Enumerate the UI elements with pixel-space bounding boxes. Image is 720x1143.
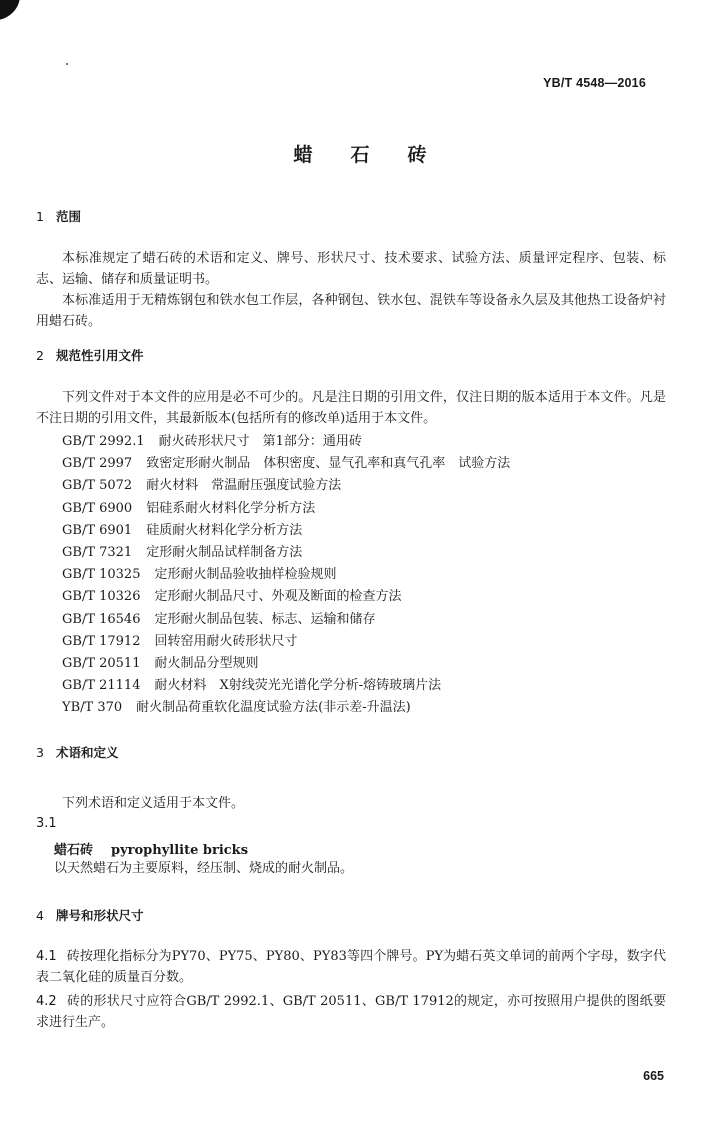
term-zh: 蜡石砖 [54, 843, 93, 858]
reference-title: 致密定形耐火制品 体积密度、显气孔率和真气孔率 试验方法 [146, 456, 510, 471]
clause-text: 砖按理化指标分为PY70、PY75、PY80、PY83等四个牌号。PY为蜡石英文… [36, 949, 666, 985]
reference-title: 耐火材料 常温耐压强度试验方法 [146, 478, 341, 493]
reference-code: GB/T 21114 [62, 675, 140, 697]
term-number: 3.1 [36, 816, 57, 831]
section-3-intro: 下列术语和定义适用于本文件。 [36, 793, 666, 814]
reference-title: 耐火砖形状尺寸 第1部分：通用砖 [159, 434, 362, 449]
clause-4-1: 4.1砖按理化指标分为PY70、PY75、PY80、PY83等四个牌号。PY为蜡… [36, 946, 666, 988]
reference-code: GB/T 6900 [62, 498, 132, 520]
scan-speck [66, 63, 68, 65]
document-title: 蜡石砖 [0, 140, 720, 167]
section-title: 术语和定义 [56, 745, 119, 760]
reference-title: 定形耐火制品包装、标志、运输和储存 [154, 612, 375, 627]
reference-item: GB/T 7321定形耐火制品试样制备方法 [62, 542, 510, 564]
reference-code: YB/T 370 [62, 697, 122, 719]
reference-item: GB/T 6900铝硅系耐火材料化学分析方法 [62, 498, 510, 520]
section-1-paragraph-2: 本标准适用于无精炼钢包和铁水包工作层，各种钢包、铁水包、混铁车等设备永久层及其他… [36, 290, 666, 332]
reference-code: GB/T 16546 [62, 609, 140, 631]
reference-title: 定形耐火制品验收抽样检验规则 [154, 567, 336, 582]
reference-item: GB/T 21114耐火材料 X射线荧光光谱化学分析-熔铸玻璃片法 [62, 675, 510, 697]
reference-code: GB/T 7321 [62, 542, 132, 564]
page-number: 665 [643, 1069, 664, 1083]
reference-item: YB/T 370耐火制品荷重软化温度试验方法(非示差-升温法) [62, 697, 510, 719]
reference-item: GB/T 10325定形耐火制品验收抽样检验规则 [62, 564, 510, 586]
section-title: 规范性引用文件 [56, 348, 144, 363]
reference-code: GB/T 2992.1 [62, 431, 145, 453]
reference-title: 硅质耐火材料化学分析方法 [146, 523, 302, 538]
standard-code: YB/T 4548—2016 [543, 76, 646, 90]
reference-item: GB/T 17912回转窑用耐火砖形状尺寸 [62, 631, 510, 653]
reference-item: GB/T 2997致密定形耐火制品 体积密度、显气孔率和真气孔率 试验方法 [62, 453, 510, 475]
section-3-heading: 3术语和定义 [36, 743, 119, 761]
reference-title: 铝硅系耐火材料化学分析方法 [146, 501, 315, 516]
reference-code: GB/T 20511 [62, 653, 140, 675]
clause-number: 4.2 [36, 994, 57, 1009]
clause-number: 4.1 [36, 949, 57, 964]
reference-title: 耐火制品荷重软化温度试验方法(非示差-升温法) [136, 700, 411, 715]
reference-item: GB/T 10326定形耐火制品尺寸、外观及断面的检查方法 [62, 586, 510, 608]
reference-code: GB/T 5072 [62, 475, 132, 497]
scan-corner-shadow [0, 0, 20, 20]
section-title: 牌号和形状尺寸 [56, 908, 144, 923]
reference-title: 定形耐火制品尺寸、外观及断面的检查方法 [154, 589, 401, 604]
section-1-heading: 1范围 [36, 207, 81, 225]
term-en: pyrophyllite bricks [111, 843, 248, 858]
reference-title: 耐火材料 X射线荧光光谱化学分析-熔铸玻璃片法 [154, 678, 441, 693]
section-1-paragraph-1: 本标准规定了蜡石砖的术语和定义、牌号、形状尺寸、技术要求、试验方法、质量评定程序… [36, 248, 666, 290]
reference-item: GB/T 6901硅质耐火材料化学分析方法 [62, 520, 510, 542]
clause-4-2: 4.2砖的形状尺寸应符合GB/T 2992.1、GB/T 20511、GB/T … [36, 991, 666, 1033]
section-4-heading: 4牌号和形状尺寸 [36, 906, 144, 924]
reference-code: GB/T 6901 [62, 520, 132, 542]
reference-code: GB/T 10325 [62, 564, 140, 586]
normative-references-list: GB/T 2992.1耐火砖形状尺寸 第1部分：通用砖 GB/T 2997致密定… [62, 431, 510, 719]
section-number: 2 [36, 348, 56, 363]
reference-item: GB/T 2992.1耐火砖形状尺寸 第1部分：通用砖 [62, 431, 510, 453]
reference-item: GB/T 5072耐火材料 常温耐压强度试验方法 [62, 475, 510, 497]
reference-title: 回转窑用耐火砖形状尺寸 [154, 634, 297, 649]
reference-item: GB/T 16546定形耐火制品包装、标志、运输和储存 [62, 609, 510, 631]
section-number: 1 [36, 209, 56, 224]
reference-code: GB/T 10326 [62, 586, 140, 608]
reference-title: 定形耐火制品试样制备方法 [146, 545, 302, 560]
section-title: 范围 [56, 209, 81, 224]
section-2-paragraph: 下列文件对于本文件的应用是必不可少的。凡是注日期的引用文件，仅注日期的版本适用于… [36, 387, 666, 429]
section-number: 3 [36, 745, 56, 760]
reference-code: GB/T 2997 [62, 453, 132, 475]
term-definition: 以天然蜡石为主要原料，经压制、烧成的耐火制品。 [54, 858, 654, 879]
reference-code: GB/T 17912 [62, 631, 140, 653]
section-2-heading: 2规范性引用文件 [36, 346, 144, 364]
section-number: 4 [36, 908, 56, 923]
reference-item: GB/T 20511耐火制品分型规则 [62, 653, 510, 675]
clause-text: 砖的形状尺寸应符合GB/T 2992.1、GB/T 20511、GB/T 179… [36, 994, 666, 1030]
reference-title: 耐火制品分型规则 [154, 656, 258, 671]
term-heading: 蜡石砖pyrophyllite bricks [54, 839, 248, 858]
